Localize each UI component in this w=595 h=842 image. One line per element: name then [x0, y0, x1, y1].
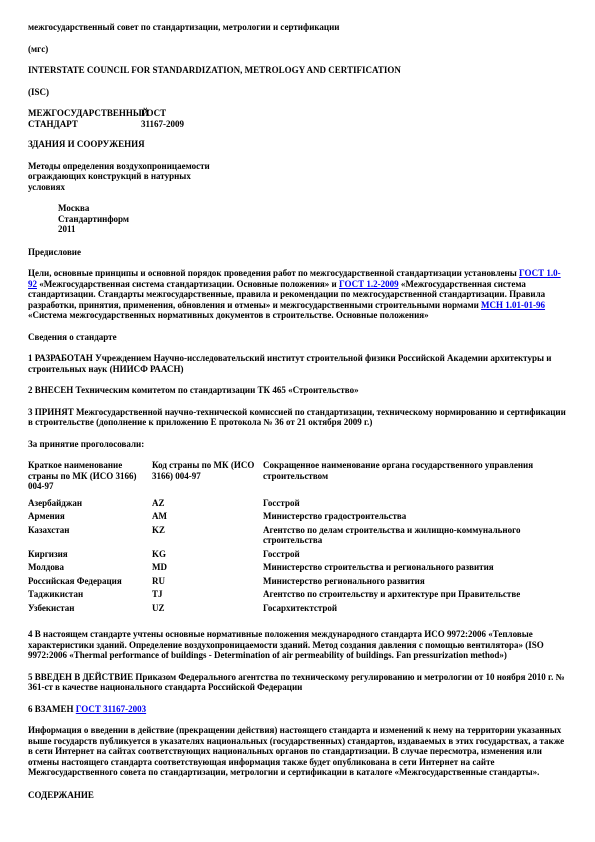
council-abbr-en: (ISC) [28, 87, 568, 98]
foreword-seg1: Цели, основные принципы и основной поряд… [28, 268, 519, 278]
table-row: Казахстан KZ Агентство по делам строител… [28, 525, 568, 549]
doc-subject: ЗДАНИЯ И СООРУЖЕНИЯ [28, 139, 568, 150]
cell-agency: Госстрой [263, 498, 568, 512]
doc-title: Методы определения воздухопроницаемости … [28, 161, 228, 193]
foreword-paragraph: Цели, основные принципы и основной поряд… [28, 268, 568, 321]
link-gost-1-2-2009[interactable]: ГОСТ 1.2-2009 [339, 279, 399, 289]
vote-intro: За принятие проголосовали: [28, 439, 568, 450]
cell-code: AM [152, 511, 263, 525]
cell-country: Киргизия [28, 549, 152, 563]
table-row: Армения AM Министерство градостроительст… [28, 511, 568, 525]
imprint-year: 2011 [58, 224, 568, 235]
cell-country: Казахстан [28, 525, 152, 549]
council-title-en: INTERSTATE COUNCIL FOR STANDARDIZATION, … [28, 65, 568, 76]
cell-agency: Министерство строительства и регионально… [263, 562, 568, 576]
standard-info-item-4: 4 В настоящем стандарте учтены основные … [28, 629, 568, 661]
cell-country: Молдова [28, 562, 152, 576]
imprint-publisher: Стандартинформ [58, 214, 568, 225]
table-row: Узбекистан UZ Госархитектстрой [28, 603, 568, 617]
cell-code: MD [152, 562, 263, 576]
cell-code: AZ [152, 498, 263, 512]
contents-heading: СОДЕРЖАНИЕ [28, 790, 568, 801]
foreword-heading: Предисловие [28, 247, 568, 258]
item6-prefix: 6 ВЗАМЕН [28, 704, 76, 714]
standard-info-item-2: 2 ВНЕСЕН Техническим комитетом по станда… [28, 385, 568, 396]
cell-code: KZ [152, 525, 263, 549]
cell-country: Российская Федерация [28, 576, 152, 590]
standard-header: МЕЖГОСУДАРСТВЕННЫЙ СТАНДАРТ ГОСТ 31167-2… [28, 108, 568, 129]
standard-info-item-6: 6 ВЗАМЕН ГОСТ 31167-2003 [28, 704, 568, 715]
vote-table-header-row: Краткое наименование страны по МК (ИСО 3… [28, 460, 568, 498]
vote-table-header-agency: Сокращенное наименование органа государс… [263, 460, 568, 498]
cell-country: Таджикистан [28, 589, 152, 603]
standard-info-item-1: 1 РАЗРАБОТАН Учреждением Научно-исследов… [28, 353, 568, 374]
vote-table-header-code: Код страны по МК (ИСО 3166) 004-97 [152, 460, 263, 498]
cell-country: Азербайджан [28, 498, 152, 512]
table-row: Азербайджан AZ Госстрой [28, 498, 568, 512]
cell-agency: Госархитектстрой [263, 603, 568, 617]
council-title-ru: межгосударственный совет по стандартизац… [28, 22, 568, 33]
cell-code: KG [152, 549, 263, 563]
cell-country: Армения [28, 511, 152, 525]
link-msn-1-01-01-96[interactable]: МСН 1.01-01-96 [481, 300, 545, 310]
table-row: Таджикистан TJ Агентство по строительств… [28, 589, 568, 603]
cell-agency: Министерство градостроительства [263, 511, 568, 525]
cell-country: Узбекистан [28, 603, 152, 617]
table-row: Молдова MD Министерство строительства и … [28, 562, 568, 576]
vote-table-header-country: Краткое наименование страны по МК (ИСО 3… [28, 460, 152, 498]
cell-agency: Агентство по строительству и архитектуре… [263, 589, 568, 603]
standard-info-item-5: 5 ВВЕДЕН В ДЕЙСТВИЕ Приказом Федеральног… [28, 672, 568, 693]
table-row: Российская Федерация RU Министерство рег… [28, 576, 568, 590]
standard-info-item-3: 3 ПРИНЯТ Межгосударственной научно-техни… [28, 407, 568, 428]
council-abbr-ru: (мгс) [28, 44, 568, 55]
cell-code: RU [152, 576, 263, 590]
standard-info-heading: Сведения о стандарте [28, 332, 568, 343]
availability-note: Информация о введении в действие (прекра… [28, 725, 568, 778]
cell-agency: Министерство регионального развития [263, 576, 568, 590]
table-row: Киргизия KG Госстрой [28, 549, 568, 563]
foreword-seg2: «Межгосударственная система стандартизац… [37, 279, 339, 289]
imprint-block: Москва Стандартинформ 2011 [58, 203, 568, 235]
vote-table: Краткое наименование страны по МК (ИСО 3… [28, 460, 568, 616]
cell-agency: Агентство по делам строительства и жилищ… [263, 525, 568, 549]
foreword-seg4: «Система межгосударственных нормативных … [28, 310, 429, 320]
standard-code: ГОСТ 31167-2009 [141, 108, 193, 129]
cell-agency: Госстрой [263, 549, 568, 563]
standard-type: МЕЖГОСУДАРСТВЕННЫЙ СТАНДАРТ [28, 108, 141, 129]
cell-code: UZ [152, 603, 263, 617]
link-gost-31167-2003[interactable]: ГОСТ 31167-2003 [76, 704, 146, 714]
cell-code: TJ [152, 589, 263, 603]
document-page: { "colors": { "background": "#FFFFFF", "… [0, 0, 595, 842]
imprint-city: Москва [58, 203, 568, 214]
